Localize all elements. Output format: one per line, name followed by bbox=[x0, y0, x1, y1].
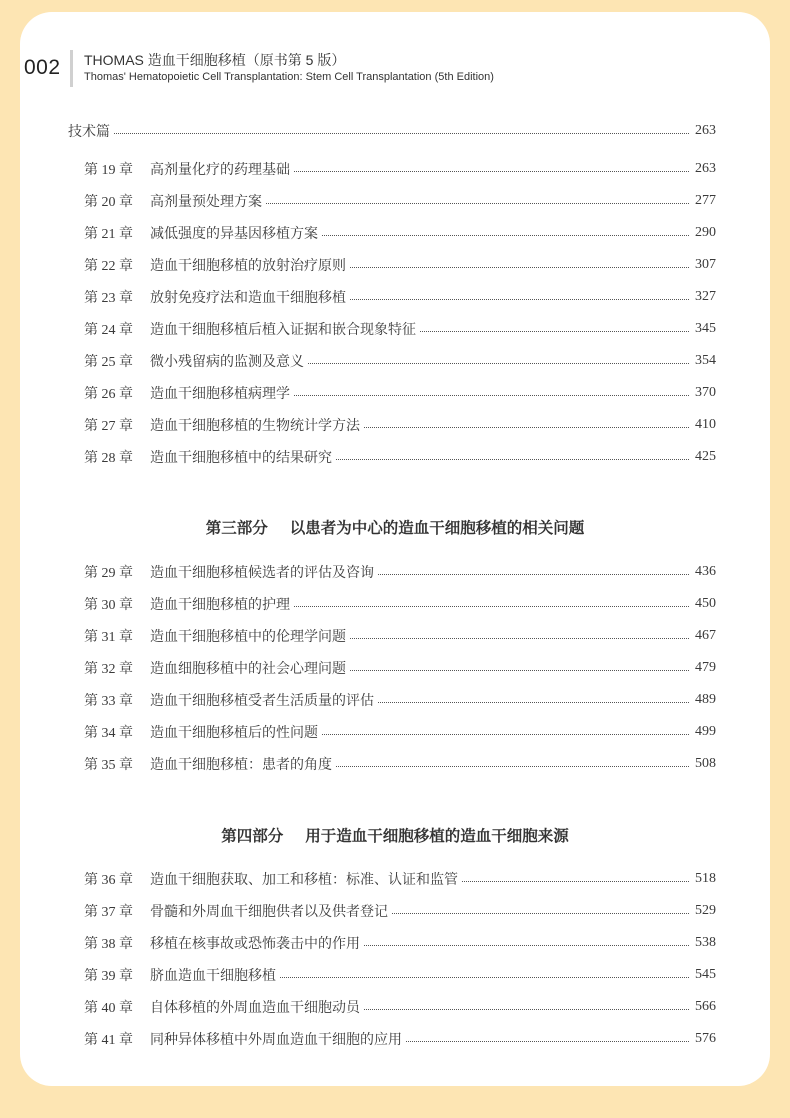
part-label: 第四部分 bbox=[221, 827, 283, 845]
part-title: 以患者为中心的造血干细胞移植的相关问题 bbox=[290, 519, 585, 537]
chapter-title: 造血干细胞移植病理学 bbox=[150, 383, 290, 403]
toc-chapter-entry[interactable]: 第 19 章高剂量化疗的药理基础263 bbox=[0, 159, 790, 179]
toc-chapter-entry[interactable]: 第 31 章造血干细胞移植中的伦理学问题467 bbox=[0, 626, 790, 646]
chapter-title: 造血干细胞移植：患者的角度 bbox=[150, 754, 332, 774]
chapter-label: 第 23 章 bbox=[84, 287, 133, 307]
dot-leader bbox=[364, 427, 689, 428]
chapter-title: 骨髓和外周血干细胞供者以及供者登记 bbox=[150, 901, 388, 921]
chapter-title: 脐血造血干细胞移植 bbox=[150, 965, 276, 985]
toc-part-entry[interactable]: 技术篇263 bbox=[0, 121, 790, 141]
page-ref: 263 bbox=[695, 161, 721, 177]
chapter-title: 放射免疫疗法和造血干细胞移植 bbox=[150, 287, 346, 307]
dot-leader bbox=[350, 670, 689, 671]
toc-chapter-entry[interactable]: 第 37 章骨髓和外周血干细胞供者以及供者登记529 bbox=[0, 901, 790, 921]
dot-leader bbox=[420, 331, 689, 332]
dot-leader bbox=[322, 734, 689, 735]
toc-chapter-entry[interactable]: 第 29 章造血干细胞移植候选者的评估及咨询436 bbox=[0, 562, 790, 582]
page-ref: 327 bbox=[695, 289, 721, 305]
book-subtitle: Thomas' Hematopoietic Cell Transplantati… bbox=[84, 71, 494, 83]
page-ref: 499 bbox=[695, 724, 721, 740]
page-ref: 307 bbox=[695, 257, 721, 273]
chapter-title: 造血干细胞获取、加工和移植：标准、认证和监管 bbox=[150, 869, 458, 889]
chapter-label: 第 29 章 bbox=[84, 562, 133, 582]
chapter-label: 第 28 章 bbox=[84, 447, 133, 467]
chapter-label: 第 21 章 bbox=[84, 223, 133, 243]
page-ref: 436 bbox=[695, 564, 721, 580]
part-title: 用于造血干细胞移植的造血干细胞来源 bbox=[305, 827, 569, 845]
part-heading: 第四部分用于造血干细胞移植的造血干细胞来源 bbox=[0, 824, 790, 846]
dot-leader bbox=[266, 203, 689, 204]
toc-chapter-entry[interactable]: 第 26 章造血干细胞移植病理学370 bbox=[0, 383, 790, 403]
dot-leader bbox=[350, 638, 689, 639]
chapter-label: 第 30 章 bbox=[84, 594, 133, 614]
toc-chapter-entry[interactable]: 第 25 章微小残留病的监测及意义354 bbox=[0, 351, 790, 371]
book-title: THOMAS 造血干细胞移植（原书第 5 版） bbox=[84, 50, 345, 70]
chapter-title: 造血干细胞移植的护理 bbox=[150, 594, 290, 614]
chapter-label: 第 27 章 bbox=[84, 415, 133, 435]
chapter-label: 第 31 章 bbox=[84, 626, 133, 646]
toc-chapter-entry[interactable]: 第 21 章减低强度的异基因移植方案290 bbox=[0, 223, 790, 243]
chapter-title: 高剂量预处理方案 bbox=[150, 191, 262, 211]
toc-chapter-entry[interactable]: 第 23 章放射免疫疗法和造血干细胞移植327 bbox=[0, 287, 790, 307]
page-ref: 489 bbox=[695, 692, 721, 708]
chapter-label: 第 34 章 bbox=[84, 722, 133, 742]
chapter-label: 第 32 章 bbox=[84, 658, 133, 678]
chapter-title: 移植在核事故或恐怖袭击中的作用 bbox=[150, 933, 360, 953]
chapter-title: 造血干细胞移植中的伦理学问题 bbox=[150, 626, 346, 646]
dot-leader bbox=[336, 766, 689, 767]
dot-leader bbox=[294, 606, 689, 607]
toc-chapter-entry[interactable]: 第 24 章造血干细胞移植后植入证据和嵌合现象特征345 bbox=[0, 319, 790, 339]
dot-leader bbox=[364, 1009, 689, 1010]
page-number: 002 bbox=[24, 56, 61, 80]
chapter-title: 造血细胞移植中的社会心理问题 bbox=[150, 658, 346, 678]
chapter-label: 第 37 章 bbox=[84, 901, 133, 921]
toc-chapter-entry[interactable]: 第 34 章造血干细胞移植后的性问题499 bbox=[0, 722, 790, 742]
dot-leader bbox=[350, 299, 689, 300]
dot-leader bbox=[114, 133, 689, 134]
chapter-title: 造血干细胞移植的放射治疗原则 bbox=[150, 255, 346, 275]
page-ref: 566 bbox=[695, 999, 721, 1015]
part-heading: 第三部分以患者为中心的造血干细胞移植的相关问题 bbox=[0, 516, 790, 538]
chapter-title: 自体移植的外周血造血干细胞动员 bbox=[150, 997, 360, 1017]
page-ref: 354 bbox=[695, 353, 721, 369]
toc-chapter-entry[interactable]: 第 36 章造血干细胞获取、加工和移植：标准、认证和监管518 bbox=[0, 869, 790, 889]
chapter-label: 第 39 章 bbox=[84, 965, 133, 985]
chapter-title: 造血干细胞移植候选者的评估及咨询 bbox=[150, 562, 374, 582]
toc-chapter-entry[interactable]: 第 20 章高剂量预处理方案277 bbox=[0, 191, 790, 211]
toc-chapter-entry[interactable]: 第 38 章移植在核事故或恐怖袭击中的作用538 bbox=[0, 933, 790, 953]
chapter-label: 第 36 章 bbox=[84, 869, 133, 889]
dot-leader bbox=[378, 702, 689, 703]
page-ref: 518 bbox=[695, 871, 721, 887]
page-ref: 425 bbox=[695, 449, 721, 465]
page-ref: 263 bbox=[695, 123, 721, 139]
dot-leader bbox=[280, 977, 689, 978]
chapter-title: 造血干细胞移植后的性问题 bbox=[150, 722, 318, 742]
page-ref: 410 bbox=[695, 417, 721, 433]
dot-leader bbox=[294, 171, 689, 172]
chapter-label: 第 33 章 bbox=[84, 690, 133, 710]
chapter-label: 第 41 章 bbox=[84, 1029, 133, 1049]
chapter-title: 微小残留病的监测及意义 bbox=[150, 351, 304, 371]
part-label: 第三部分 bbox=[206, 519, 268, 537]
dot-leader bbox=[350, 267, 689, 268]
chapter-label: 第 25 章 bbox=[84, 351, 133, 371]
dot-leader bbox=[322, 235, 689, 236]
dot-leader bbox=[462, 881, 689, 882]
page-ref: 479 bbox=[695, 660, 721, 676]
chapter-label: 第 40 章 bbox=[84, 997, 133, 1017]
toc-chapter-entry[interactable]: 第 22 章造血干细胞移植的放射治疗原则307 bbox=[0, 255, 790, 275]
chapter-label: 第 35 章 bbox=[84, 754, 133, 774]
dot-leader bbox=[392, 913, 689, 914]
page-ref: 508 bbox=[695, 756, 721, 772]
dot-leader bbox=[336, 459, 689, 460]
toc-chapter-entry[interactable]: 第 32 章造血细胞移植中的社会心理问题479 bbox=[0, 658, 790, 678]
chapter-title: 造血干细胞移植中的结果研究 bbox=[150, 447, 332, 467]
chapter-title: 高剂量化疗的药理基础 bbox=[150, 159, 290, 179]
chapter-label: 第 38 章 bbox=[84, 933, 133, 953]
page-ref: 538 bbox=[695, 935, 721, 951]
page-ref: 277 bbox=[695, 193, 721, 209]
toc-chapter-entry[interactable]: 第 39 章脐血造血干细胞移植545 bbox=[0, 965, 790, 985]
header-divider bbox=[70, 50, 73, 87]
dot-leader bbox=[406, 1041, 689, 1042]
toc-chapter-entry[interactable]: 第 35 章造血干细胞移植：患者的角度508 bbox=[0, 754, 790, 774]
chapter-label: 第 22 章 bbox=[84, 255, 133, 275]
dot-leader bbox=[378, 574, 689, 575]
dot-leader bbox=[294, 395, 689, 396]
dot-leader bbox=[308, 363, 689, 364]
chapter-label: 第 19 章 bbox=[84, 159, 133, 179]
toc-chapter-entry[interactable]: 第 30 章造血干细胞移植的护理450 bbox=[0, 594, 790, 614]
chapter-title: 造血干细胞移植后植入证据和嵌合现象特征 bbox=[150, 319, 416, 339]
chapter-title: 同种异体移植中外周血造血干细胞的应用 bbox=[150, 1029, 402, 1049]
part-title: 技术篇 bbox=[68, 121, 110, 141]
toc-chapter-entry[interactable]: 第 27 章造血干细胞移植的生物统计学方法410 bbox=[0, 415, 790, 435]
page-ref: 290 bbox=[695, 225, 721, 241]
chapter-title: 减低强度的异基因移植方案 bbox=[150, 223, 318, 243]
page-ref: 467 bbox=[695, 628, 721, 644]
page-ref: 529 bbox=[695, 903, 721, 919]
chapter-label: 第 20 章 bbox=[84, 191, 133, 211]
page-ref: 545 bbox=[695, 967, 721, 983]
page-ref: 576 bbox=[695, 1031, 721, 1047]
page-ref: 450 bbox=[695, 596, 721, 612]
chapter-label: 第 26 章 bbox=[84, 383, 133, 403]
toc-chapter-entry[interactable]: 第 28 章造血干细胞移植中的结果研究425 bbox=[0, 447, 790, 467]
chapter-title: 造血干细胞移植受者生活质量的评估 bbox=[150, 690, 374, 710]
toc-chapter-entry[interactable]: 第 40 章自体移植的外周血造血干细胞动员566 bbox=[0, 997, 790, 1017]
page-ref: 370 bbox=[695, 385, 721, 401]
dot-leader bbox=[364, 945, 689, 946]
toc-chapter-entry[interactable]: 第 33 章造血干细胞移植受者生活质量的评估489 bbox=[0, 690, 790, 710]
page-ref: 345 bbox=[695, 321, 721, 337]
chapter-label: 第 24 章 bbox=[84, 319, 133, 339]
chapter-title: 造血干细胞移植的生物统计学方法 bbox=[150, 415, 360, 435]
toc-chapter-entry[interactable]: 第 41 章同种异体移植中外周血造血干细胞的应用576 bbox=[0, 1029, 790, 1049]
